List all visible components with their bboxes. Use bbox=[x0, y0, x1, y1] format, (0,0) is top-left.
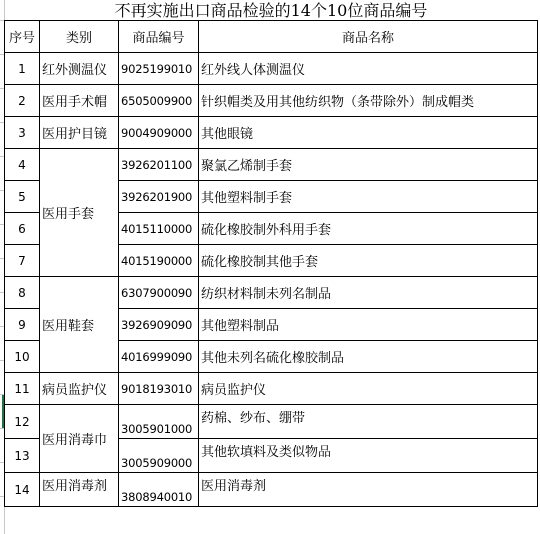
cell-code[interactable]: 6307900090 bbox=[119, 277, 199, 309]
cell-category[interactable]: 医用手术帽 bbox=[40, 85, 119, 117]
cell-name[interactable]: 针织帽类及用其他纺织物（条带除外）制成帽类 bbox=[199, 85, 538, 117]
table-row: 14 医用消毒剂 3808940010 医用消毒剂 bbox=[5, 473, 538, 507]
header-name[interactable]: 商品名称 bbox=[199, 21, 538, 53]
cell-name[interactable]: 硫化橡胶制外科用手套 bbox=[199, 213, 538, 245]
cell-index[interactable]: 12 bbox=[5, 405, 40, 439]
cell-name[interactable]: 红外线人体测温仪 bbox=[199, 53, 538, 85]
cell-code[interactable]: 9025199010 bbox=[119, 53, 199, 85]
sheet-title: 不再实施出口商品检验的14个10位商品编号 bbox=[5, 0, 537, 20]
table-row: 11 病员监护仪 9018193010 病员监护仪 bbox=[5, 373, 538, 405]
cell-category[interactable]: 医用护目镜 bbox=[40, 117, 119, 149]
cell-index[interactable]: 4 bbox=[5, 149, 40, 181]
cell-category-merged[interactable]: 医用鞋套 bbox=[40, 277, 119, 373]
cell-index[interactable]: 5 bbox=[5, 181, 40, 213]
cell-category[interactable]: 红外测温仪 bbox=[40, 53, 119, 85]
cell-code[interactable]: 3005909000 bbox=[119, 439, 199, 473]
table-row: 3 医用护目镜 9004909000 其他眼镜 bbox=[5, 117, 538, 149]
cell-name[interactable]: 病员监护仪 bbox=[199, 373, 538, 405]
cell-name[interactable]: 其他塑料制手套 bbox=[199, 181, 538, 213]
header-index[interactable]: 序号 bbox=[5, 21, 40, 53]
cell-index[interactable]: 1 bbox=[5, 53, 40, 85]
cell-code[interactable]: 9018193010 bbox=[119, 373, 199, 405]
cell-index[interactable]: 6 bbox=[5, 213, 40, 245]
cell-code[interactable]: 6505009900 bbox=[119, 85, 199, 117]
cell-code[interactable]: 9004909000 bbox=[119, 117, 199, 149]
cell-code[interactable]: 3926201900 bbox=[119, 181, 199, 213]
cell-code[interactable]: 3926201100 bbox=[119, 149, 199, 181]
cell-index[interactable]: 10 bbox=[5, 341, 40, 373]
cell-code[interactable]: 3808940010 bbox=[119, 473, 199, 507]
header-code[interactable]: 商品编号 bbox=[119, 21, 199, 53]
cell-category-merged[interactable]: 医用消毒巾 bbox=[40, 405, 119, 473]
table-row: 1 红外测温仪 9025199010 红外线人体测温仪 bbox=[5, 53, 538, 85]
cell-name[interactable]: 硫化橡胶制其他手套 bbox=[199, 245, 538, 277]
cell-index[interactable]: 14 bbox=[5, 473, 40, 507]
cell-index[interactable]: 9 bbox=[5, 309, 40, 341]
cell-category[interactable]: 病员监护仪 bbox=[40, 373, 119, 405]
table-row: 8 医用鞋套 6307900090 纺织材料制未列名制品 bbox=[5, 277, 538, 309]
cell-index[interactable]: 2 bbox=[5, 85, 40, 117]
cell-name[interactable]: 其他未列名硫化橡胶制品 bbox=[199, 341, 538, 373]
cell-name[interactable]: 其他塑料制品 bbox=[199, 309, 538, 341]
commodity-table: 序号 类别 商品编号 商品名称 1 红外测温仪 9025199010 红外线人体… bbox=[4, 20, 538, 507]
cell-name[interactable]: 聚氯乙烯制手套 bbox=[199, 149, 538, 181]
cell-name[interactable]: 其他软填料及类似物品 bbox=[199, 439, 538, 473]
cell-name[interactable]: 药棉、纱布、绷带 bbox=[199, 405, 538, 439]
cell-index[interactable]: 13 bbox=[5, 439, 40, 473]
header-row: 序号 类别 商品编号 商品名称 bbox=[5, 21, 538, 53]
cell-category-merged[interactable]: 医用手套 bbox=[40, 149, 119, 277]
cell-name[interactable]: 医用消毒剂 bbox=[199, 473, 538, 507]
cell-code[interactable]: 3926909090 bbox=[119, 309, 199, 341]
cell-index[interactable]: 11 bbox=[5, 373, 40, 405]
cell-code[interactable]: 4015110000 bbox=[119, 213, 199, 245]
header-category[interactable]: 类别 bbox=[40, 21, 119, 53]
cell-name[interactable]: 其他眼镜 bbox=[199, 117, 538, 149]
cell-index[interactable]: 3 bbox=[5, 117, 40, 149]
table-row: 4 医用手套 3926201100 聚氯乙烯制手套 bbox=[5, 149, 538, 181]
table-row: 2 医用手术帽 6505009900 针织帽类及用其他纺织物（条带除外）制成帽类 bbox=[5, 85, 538, 117]
cell-code[interactable]: 3005901000 bbox=[119, 405, 199, 439]
cell-code[interactable]: 4016999090 bbox=[119, 341, 199, 373]
table-row: 12 医用消毒巾 3005901000 药棉、纱布、绷带 bbox=[5, 405, 538, 439]
cell-category[interactable]: 医用消毒剂 bbox=[40, 473, 119, 507]
cell-name[interactable]: 纺织材料制未列名制品 bbox=[199, 277, 538, 309]
cell-code[interactable]: 4015190000 bbox=[119, 245, 199, 277]
cell-index[interactable]: 8 bbox=[5, 277, 40, 309]
cell-index[interactable]: 7 bbox=[5, 245, 40, 277]
